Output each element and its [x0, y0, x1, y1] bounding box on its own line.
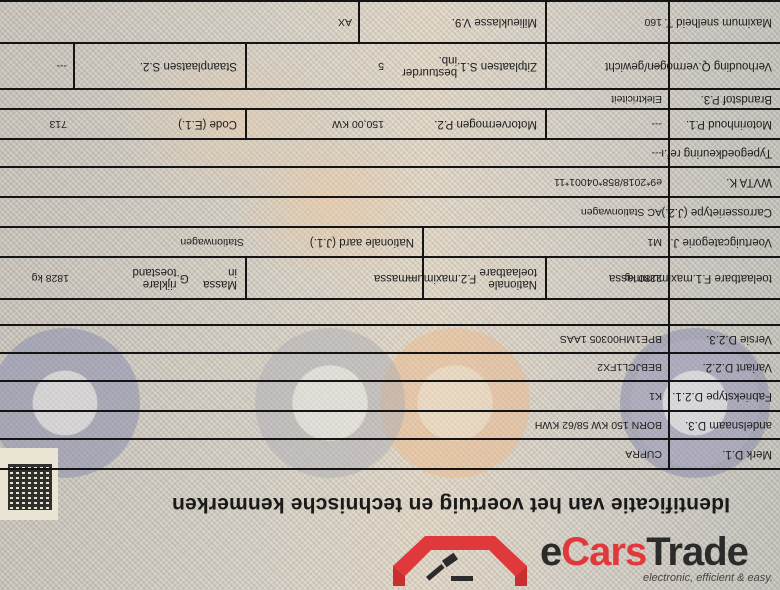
registration-document: Identificatie van het voertuig en techni…: [0, 0, 780, 590]
brand-suffix: Trade: [646, 530, 748, 574]
datamatrix-code: [0, 448, 58, 520]
label-versie: Versie D.2.3.: [662, 326, 780, 352]
brand-prefix: e: [540, 530, 561, 574]
car-auction-logo-icon: [385, 528, 535, 588]
value-variant: BEBJCL1FX2: [362, 354, 668, 380]
label-massa-rijklaar: Massa in G. rijklare toestand: [97, 258, 245, 298]
label-merk: Merk D.1.: [662, 440, 780, 468]
label-carrosserietype: Carrosserietype (J.2.): [662, 198, 780, 226]
photo-stage: Identificatie van het voertuig en techni…: [0, 0, 780, 590]
value-massa-rijklaar: 1828 kg: [0, 258, 75, 298]
value-staanplaatsen: ---: [0, 44, 73, 88]
label-massa-rijklaar-code: G.: [177, 272, 189, 284]
label-verhouding-line1: Verhouding: [714, 60, 772, 72]
value-handelsnaam: BORN 150 KW 58/62 KWH: [362, 412, 668, 438]
label-max-massa-code: F.1.: [693, 272, 712, 284]
label-code-e1: Code (E.1.): [67, 110, 245, 138]
value-motorinhoud: ---: [541, 110, 668, 138]
label-variant: Variant D.2.2.: [662, 354, 780, 380]
value-versie: BPE1MH00305 1AAS: [362, 326, 668, 352]
label-milieuklasse: Milieuklasse V.9.: [352, 2, 545, 42]
value-motorvermogen: 150,00 KW: [241, 110, 390, 138]
value-carrosserietype: AC Stationwagen: [262, 198, 668, 226]
label-motorvermogen: Motorvermogen P.2.: [387, 110, 545, 138]
value-voertuigcategorie: M1: [418, 228, 668, 256]
ecarstrade-watermark: eCarsTrade electronic, efficient & easy.: [385, 528, 780, 590]
value-zitplaatsen: 5: [241, 44, 390, 88]
label-voertuigcategorie: Voertuigcategorie J.: [662, 228, 780, 256]
label-zitplaatsen-code: S.1.: [457, 60, 477, 72]
label-zitplaatsen-line1: Zitplaatsen: [481, 60, 537, 72]
value-brandstof: Elektriciteit: [462, 90, 668, 108]
value-max-massa: 2280 kg: [541, 258, 668, 298]
label-zitplaatsen: Zitplaatsen S.1. bestuurder inb.: [387, 44, 545, 88]
label-nationale-aard: Nationale aard (J.1.): [244, 228, 422, 256]
value-verhouding: ---: [541, 44, 668, 88]
label-fabriekstype-text: Fabriekstype D.2.1.: [672, 390, 772, 402]
value-fabriekstype: K1: [362, 382, 668, 410]
label-brandstof: Brandstof P.3.: [662, 90, 780, 108]
brand-accent: Cars: [561, 530, 646, 574]
label-wvta: WVTA K.: [662, 168, 780, 196]
label-massa-rijklaar-line1: Massa in: [192, 266, 237, 290]
value-wvta: e9*2018/858*04001*11: [262, 168, 668, 196]
label-nat-max-massa-code: F.2.: [458, 272, 477, 284]
value-nat-max-massa: ---: [241, 258, 422, 298]
label-max-massa: toelaatbare F.1. maximummassa: [662, 258, 780, 298]
value-milieuklasse: AX: [152, 2, 358, 42]
label-massa-rijklaar-line2: rijklare toestand: [97, 266, 177, 290]
value-max-snelheid: 160: [541, 2, 668, 42]
value-nationale-aard: Stationwagen: [44, 228, 250, 256]
label-max-massa-line1: toelaatbare: [714, 272, 772, 284]
label-verhouding-code: Q.: [698, 60, 710, 72]
document-title: Identificatie van het voertuig en techni…: [172, 492, 730, 516]
label-max-snelheid: Maximum snelheid T.: [662, 2, 780, 42]
label-ref-nummer: Typegoedkeuring ref.nummer (K.1.): [662, 140, 780, 166]
value-ref-nummer: ---: [262, 140, 668, 166]
label-handelsnaam: andelsnaam D.3.: [662, 412, 780, 438]
value-code-e1: 713: [0, 110, 73, 138]
label-nat-max-massa-line1: Nationale toelaatbare: [479, 266, 537, 290]
brand-tagline: electronic, efficient & easy.: [643, 572, 773, 584]
label-zitplaatsen-line2: bestuurder inb.: [387, 54, 457, 78]
label-verhouding: Verhouding Q. vermogen/gewicht: [662, 44, 780, 88]
label-staanplaatsen: Staanplaatsen S.2.: [67, 44, 245, 88]
label-motorinhoud: Motorinhoud P.1.: [662, 110, 780, 138]
label-fabriekstype: Fabriekstype D.2.1.: [662, 382, 780, 410]
value-merk: CUPRA: [362, 440, 668, 468]
label-nat-max-massa: Nationale toelaatbare F.2. maximummassa: [416, 258, 545, 298]
